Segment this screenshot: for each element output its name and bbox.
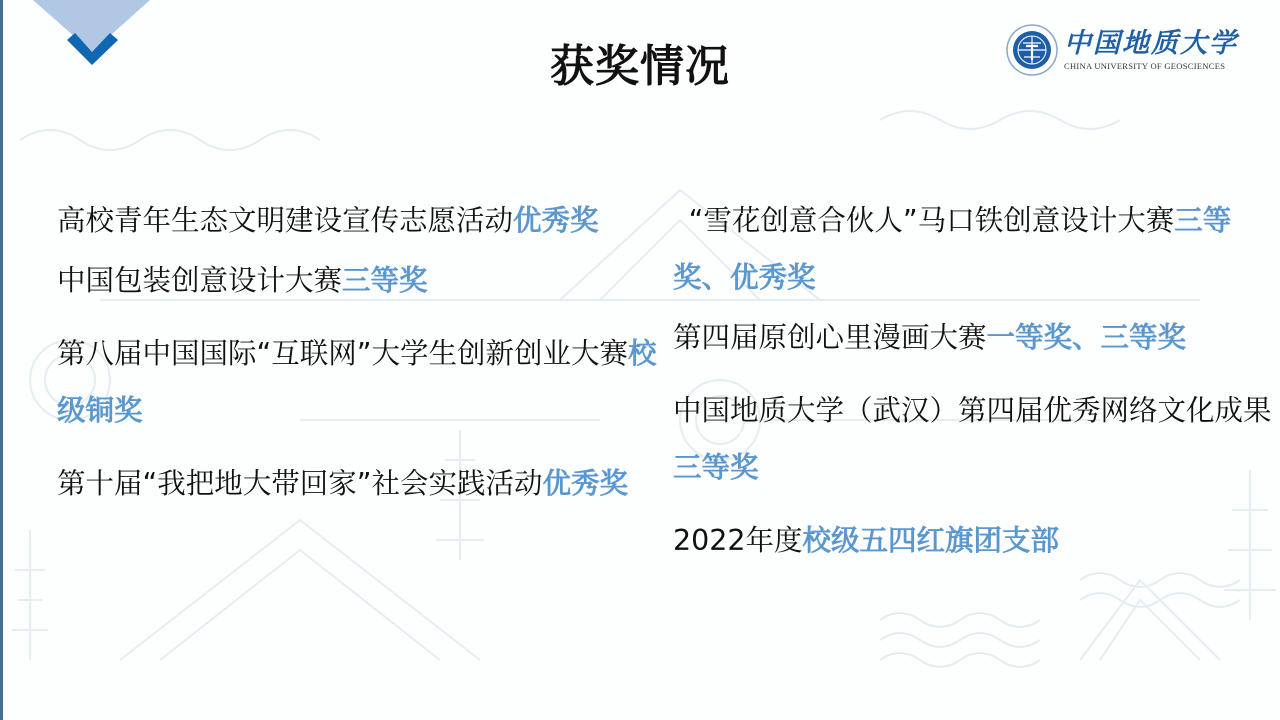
award-event: 高校青年生态文明建设宣传志愿活动	[57, 204, 513, 237]
university-name-en: CHINA UNIVERSITY OF GEOSCIENCES	[1064, 60, 1238, 72]
award-item: “雪花创意合伙人”马口铁创意设计大赛三等奖、优秀奖	[673, 192, 1273, 306]
award-level: 优秀奖	[543, 467, 629, 500]
award-item: 第四届原创心里漫画大赛一等奖、三等奖	[673, 309, 1273, 366]
award-level: 三等奖	[342, 264, 428, 297]
award-event: 中国地质大学（武汉）第四届优秀网络文化成果	[673, 394, 1272, 427]
award-item: 中国包装创意设计大赛三等奖	[57, 252, 657, 309]
award-event: 2022年度	[673, 524, 803, 557]
award-event: 第八届中国国际“互联网”大学生创新创业大赛	[57, 337, 628, 370]
award-event: 第四届原创心里漫画大赛	[673, 321, 987, 354]
awards-left-column: 高校青年生态文明建设宣传志愿活动优秀奖 中国包装创意设计大赛三等奖 第八届中国国…	[57, 192, 657, 512]
university-logo: 中国地质大学 CHINA UNIVERSITY OF GEOSCIENCES	[1006, 22, 1246, 78]
award-item: 2022年度校级五四红旗团支部	[673, 512, 1273, 569]
award-item: 第八届中国国际“互联网”大学生创新创业大赛校级铜奖	[57, 325, 657, 439]
award-event: “雪花创意合伙人”马口铁创意设计大赛	[689, 204, 1175, 237]
award-item: 高校青年生态文明建设宣传志愿活动优秀奖	[57, 192, 657, 249]
university-emblem-icon	[1006, 24, 1058, 76]
slide-left-border	[0, 0, 3, 720]
award-event: 中国包装创意设计大赛	[57, 264, 342, 297]
award-item: 中国地质大学（武汉）第四届优秀网络文化成果三等奖	[673, 382, 1273, 496]
award-level: 三等奖	[673, 451, 759, 484]
awards-right-column: “雪花创意合伙人”马口铁创意设计大赛三等奖、优秀奖 第四届原创心里漫画大赛一等奖…	[673, 192, 1273, 569]
award-level: 校级五四红旗团支部	[803, 524, 1060, 557]
award-level: 一等奖、三等奖	[987, 321, 1187, 354]
award-event: 第十届“我把地大带回家”社会实践活动	[57, 467, 543, 500]
award-item: 第十届“我把地大带回家”社会实践活动优秀奖	[57, 455, 657, 512]
award-level: 优秀奖	[513, 204, 599, 237]
university-name-cn: 中国地质大学	[1064, 28, 1238, 60]
